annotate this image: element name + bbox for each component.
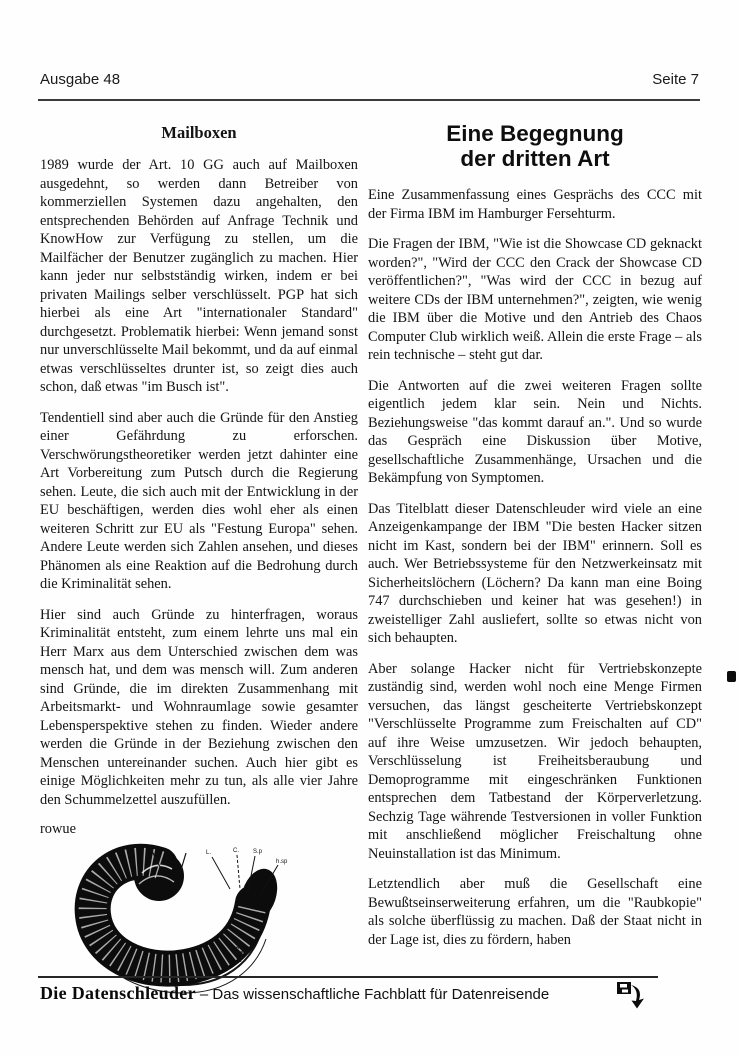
specimen-illustration-svg: L. C. S.p h.sp 4k 1 (62, 843, 306, 1003)
figure-scale-numerator: 4k (236, 944, 244, 951)
paragraph: Das Titelblatt dieser Datenschleuder wir… (368, 500, 702, 648)
header-rule (38, 99, 700, 101)
paragraph: Die Fragen der IBM, "Wie ist die Showcas… (368, 235, 702, 365)
left-column: Mailboxen 1989 wurde der Art. 10 GG auch… (40, 123, 358, 838)
header-page-number: Seite 7 (652, 71, 699, 88)
disk-arrow-icon (616, 978, 648, 1010)
footer-brand: Die Datenschleuder (40, 983, 196, 1003)
header-issue: Ausgabe 48 (40, 71, 120, 88)
right-column: Eine Begegnung der dritten Art Eine Zusa… (368, 121, 702, 961)
paragraph: 1989 wurde der Art. 10 GG auch auf Mailb… (40, 156, 358, 397)
figure-label: S.p (253, 849, 263, 855)
specimen-illustration: L. C. S.p h.sp 4k 1 (62, 843, 306, 1003)
figure-label: C. (233, 848, 239, 854)
author-signature: rowue (40, 821, 358, 838)
scan-ink-mark (727, 671, 736, 682)
footer-tagline: – Das wissenschaftliche Fachblatt für Da… (200, 986, 549, 1003)
paragraph: Aber solange Hacker nicht für Vertriebsk… (368, 660, 702, 864)
scanned-magazine-page: Ausgabe 48 Seite 7 Mailboxen 1989 wurde … (0, 0, 739, 1055)
figure-label: h.sp (276, 859, 288, 865)
figure-scale-denominator: 1 (238, 957, 242, 964)
paragraph: Tendentiell sind aber auch die Gründe fü… (40, 409, 358, 594)
figure-label: L. (206, 850, 211, 856)
footer: Die Datenschleuder – Das wissenschaftlic… (40, 983, 549, 1004)
paragraph: Eine Zusammenfassung eines Gesprächs des… (368, 186, 702, 223)
paragraph: Letztendlich aber muß die Gesellschaft e… (368, 875, 702, 949)
article-heading-mailboxen: Mailboxen (40, 123, 358, 143)
paragraph: Hier sind auch Gründe zu hinterfragen, w… (40, 606, 358, 810)
article-heading-begegnung: Eine Begegnung der dritten Art (429, 121, 641, 171)
footer-rule (38, 976, 658, 978)
paragraph: Die Antworten auf die zwei weiteren Frag… (368, 377, 702, 488)
